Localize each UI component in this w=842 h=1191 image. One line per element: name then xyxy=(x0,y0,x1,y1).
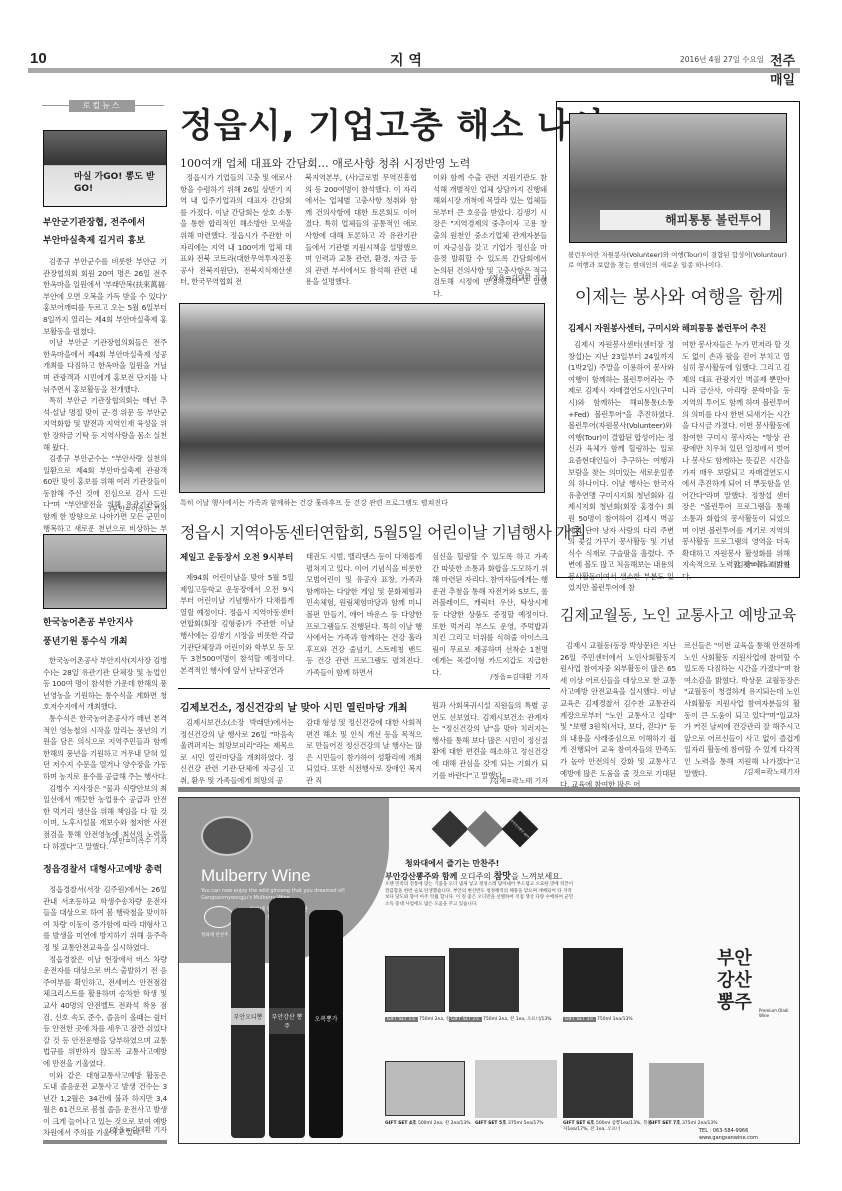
wine-bottle-3: 오복뽕가 xyxy=(309,910,343,1138)
mental-health-headline: 김제보건소, 정신건강의 날 맞아 시민 열린마당 개최 xyxy=(180,699,440,714)
volunteer-byline: /김제=곽노태기자 xyxy=(682,560,790,570)
gift-set-2-label: GIFT SET 2호 750ml 2ea, 잔 1ea, 오프너/13% xyxy=(449,1016,552,1022)
elderly-byline: /김제=곽노태기자 xyxy=(684,767,800,777)
children-col-1: 제94회 어린이날을 맞아 5월 5일 제일고등학교 운동장에서 오전 9시부터… xyxy=(180,572,294,676)
ad-seal-caption: 청와대 만찬주 xyxy=(201,932,229,938)
ad-body-text: 오랜 민족의 전통에 맞는 기품을 오디 냄새 넣고 정성스레 담아내어 부드럽… xyxy=(385,882,575,908)
mental-health-col-2: 감대 형성 및 정신건강에 대한 사회적 편견 해소 및 인식 개선 등을 목적… xyxy=(306,717,422,787)
gift-set-1-box xyxy=(385,956,445,1012)
page-number: 10 xyxy=(30,50,47,67)
header-rule xyxy=(28,68,800,73)
wine-bottle-2: 부안강산 뽕주 xyxy=(269,898,305,1138)
mental-health-byline: /김제=곽노태 기자 xyxy=(432,776,548,786)
story1-body: 김종규 부안군수를 비롯한 부안군 기관장협의회 회원 20여 명은 26일 전… xyxy=(43,256,167,546)
story3-byline: /정읍=김대환 기자 xyxy=(43,1125,167,1135)
section-title: 지 역 xyxy=(390,50,422,70)
volunteer-photo: 해피통통 볼런투어 xyxy=(569,113,787,243)
elderly-bottom-rule xyxy=(178,787,800,792)
main-byline: /정읍=김대환 기자 xyxy=(433,273,547,283)
ad-brand-logo-sub: Premium Oladi Wine xyxy=(759,1008,789,1018)
ad-brand-logo: 부안강산 뽕주 xyxy=(717,948,757,1014)
story2-headline: 한국농어촌공 부안지사 풍년기원 통수식 개최 xyxy=(43,614,168,652)
main-headline: 정읍시, 기업고충 해소 나서 xyxy=(180,98,550,147)
ad-headline-1: 청와대에서 즐기는 만찬주! xyxy=(405,858,499,869)
children-byline: /정읍=김대환 기자 xyxy=(432,672,548,682)
story2-body: 한국농어촌공사 부안지사(지사장 김병수)는 28일 유관기관 단체장 및 농업… xyxy=(43,655,167,852)
volunteer-photo-caption: 볼런투어란 자원봉사(Volunteer)와 여행(Tour)이 결합된 합성어… xyxy=(568,250,790,270)
issue-date: 2016년 4월 27일 수요일 xyxy=(680,54,764,65)
children-col-2: 태권도 시범, 밸리댄스 등이 다채롭게 펼쳐지고 있다. 이어 기념식을 비롯… xyxy=(306,551,422,679)
mental-health-col-3: 원과 사회복귀시설 직원들의 특별 공연도 선보였다. 김제시보건소 관계자는 … xyxy=(432,700,548,781)
children-subhead: 제일고 운동장서 오전 9시부터 xyxy=(180,551,300,563)
left-bottom-rule xyxy=(43,1140,167,1144)
volunteer-col-1: 김제시 자원봉사센터(센터장 정창섭)는 지난 23일부터 24일까지(1박2일… xyxy=(568,339,674,594)
story3-headline: 정읍경찰서 대형사고예방 총력 xyxy=(43,862,168,875)
ad-diamond-2 xyxy=(467,811,504,848)
story2-byline: /부안=이옥수 기자 xyxy=(43,836,167,846)
main-col-1: 정읍시가 기업들의 고충 및 애로사항을 수렴하기 위해 26일 상반기 지역 … xyxy=(180,172,292,288)
elderly-col-2: 르신들은 "이번 교육을 통해 안전하게 노인 사회활동 지원사업에 참여할 수… xyxy=(684,640,800,779)
gift-set-5-label: GIFT SET 5호 375ml 5ea/17% xyxy=(475,1120,544,1126)
ad-headline-2: 부안강산뽕주와 함께 오디주의 참맛을 느껴보세요. xyxy=(385,869,562,882)
elderly-headline: 김제교월동, 노인 교통사고 예방교육 xyxy=(560,604,800,625)
gift-set-4-box xyxy=(385,1061,465,1116)
volunteer-headline: 이제는 봉사와 여행을 함께 xyxy=(568,283,790,309)
ad-brand-subtitle-1: You can now enjoy the wild ginseng that … xyxy=(201,888,345,894)
gift-set-4-label: GIFT SET 4호 500ml 2ea, 잔 2ea/13% xyxy=(385,1120,471,1126)
main-photo-festival xyxy=(179,303,545,493)
gift-set-6-box xyxy=(563,1053,633,1118)
volunteer-subheadline: 김제시 자원봉사센터, 구미시와 해피통통 볼런투어 추진 xyxy=(568,322,790,334)
gift-set-7-box xyxy=(649,1063,704,1118)
ad-seal-icon xyxy=(204,906,234,928)
story1-byline: /부안=이옥수 기자 xyxy=(43,504,167,514)
gift-set-6-label: GIFT SET 6호 500ml 삼뽕1ea/13%, 복분자1ea/17%,… xyxy=(563,1120,653,1132)
children-divider xyxy=(178,688,550,689)
story3-body: 정읍경찰서(서장 김주원)에서는 26일 관내 서초등하교 학생수송차량 운전자… xyxy=(43,884,167,1139)
gift-set-3-label: GIFT SET 3호 750ml 1ea/13% xyxy=(563,1016,633,1022)
children-headline: 정읍시 지역아동센터연합회, 5월5일 어린이날 기념행사 개최 xyxy=(180,520,560,543)
ad-phone: TEL : 063-584-9966 xyxy=(699,1128,748,1134)
mulberry-wine-ad[interactable]: Mulberry Wine You can now enjoy the wild… xyxy=(178,797,800,1144)
main-photo-caption: 특히 이날 행사에서는 가족과 함께하는 건강 훌라후프 등 건강 관련 프로그… xyxy=(180,498,550,508)
gift-set-2-box xyxy=(449,948,519,1012)
volunteer-col-2: 여한 봉사자들은 누가 먼저라 할 것도 없이 손과 팔을 걷어 부치고 열심히… xyxy=(682,339,790,582)
ad-brand-title: Mulberry Wine xyxy=(201,866,311,886)
children-col-3: 심신을 힐링할 수 있도록 하고 가족 간 따뜻한 소통과 화합을 도모하기 위… xyxy=(432,551,548,679)
ad-gift-badge: 부안강산뽕주 GIFT SET xyxy=(502,811,539,848)
gift-set-7-label: GIFT SET 7호 375ml 2ea/13% xyxy=(649,1120,718,1126)
ad-mascot-logo xyxy=(201,816,253,856)
story2-photo xyxy=(43,534,167,609)
volunteer-photo-banner: 해피통통 볼런투어 xyxy=(600,210,770,230)
main-subheadline: 100여개 업체 대표와 간담회… 애로사항 청취 시정반영 노력 xyxy=(180,155,550,171)
story1-photo: 마실 가GO! 뽕도 받GO! xyxy=(43,130,167,207)
gift-set-5-box xyxy=(475,1060,557,1118)
main-col-2: 북지역본부, (사)글로벌 무역진흥협의 등 200여명이 참석했다. 이 자리… xyxy=(305,172,417,288)
ad-website[interactable]: www.gangsanwine.com xyxy=(699,1135,758,1141)
mental-health-col-1: 김제시보건소(소장 박래만)에서는 정신건강의 날 행사로 26일 "마음속 울… xyxy=(180,717,294,787)
local-news-label: 로컬뉴스 xyxy=(69,100,135,112)
wine-bottle-1: 부안오디뽕 xyxy=(231,908,265,1138)
ad-diamond-1 xyxy=(432,811,469,848)
gift-set-3-box xyxy=(563,948,623,1012)
photo-banner: 마실 가GO! 뽕도 받GO! xyxy=(74,171,160,195)
story1-headline: 부안군기관장협, 전주에서 부안마실축제 길거리 홍보 xyxy=(43,214,168,250)
elderly-col-1: 김제시 교월동(동장 박상문)은 지난 26일 주민센터에서 노인사회활동지원사… xyxy=(560,640,676,791)
